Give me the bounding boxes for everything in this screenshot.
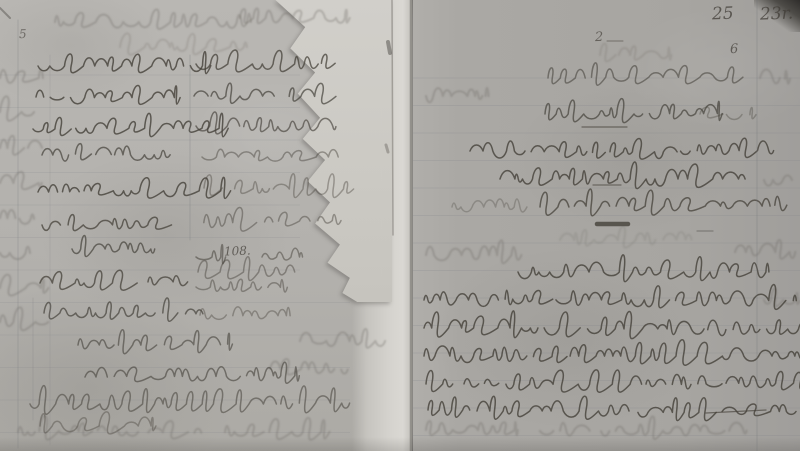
ghost-stroke bbox=[0, 172, 42, 189]
ghost-stroke bbox=[0, 275, 48, 296]
ink-mark bbox=[392, 0, 393, 235]
page-number-right: 2 bbox=[595, 31, 604, 44]
ghost-stroke bbox=[426, 240, 521, 263]
handwriting-stroke bbox=[700, 107, 756, 119]
ghost-stroke bbox=[426, 88, 489, 102]
ghost-stroke bbox=[18, 416, 106, 440]
handwriting-stroke bbox=[452, 199, 527, 212]
handwriting-stroke bbox=[42, 215, 177, 231]
handwriting-stroke bbox=[40, 270, 193, 290]
ghost-stroke bbox=[0, 69, 43, 83]
ink-mark bbox=[388, 42, 390, 53]
ruled-lines bbox=[0, 75, 800, 436]
handwriting-stroke bbox=[204, 208, 341, 232]
ghost-stroke bbox=[426, 421, 518, 435]
handwriting-stroke bbox=[44, 298, 203, 321]
ghost-stroke bbox=[112, 421, 201, 438]
handwriting-stroke bbox=[540, 189, 787, 216]
handwriting-stroke bbox=[194, 83, 342, 104]
ghost-stroke bbox=[120, 33, 247, 54]
ghost-stroke bbox=[760, 70, 790, 84]
folio-number-25: 25 bbox=[712, 6, 734, 24]
handwriting-stroke bbox=[196, 279, 287, 292]
handwriting-stroke bbox=[85, 362, 299, 383]
handwriting-stroke bbox=[424, 285, 796, 310]
handwriting-stroke bbox=[38, 177, 231, 198]
ghost-stroke bbox=[0, 96, 41, 120]
handwriting-stroke bbox=[470, 138, 774, 159]
ghost-stroke bbox=[55, 10, 251, 29]
ink-mark bbox=[0, 8, 10, 18]
handwriting-stroke bbox=[202, 149, 338, 161]
number-108: 108. bbox=[224, 245, 251, 258]
handwriting-stroke bbox=[196, 112, 336, 134]
handwriting-stroke bbox=[548, 63, 743, 85]
folio-number-left: 5 bbox=[19, 28, 27, 40]
ghost-stroke bbox=[0, 210, 34, 224]
handwriting-stroke bbox=[196, 50, 335, 72]
page-number-6: 6 bbox=[730, 43, 739, 56]
handwriting-stroke bbox=[198, 257, 295, 281]
handwriting-stroke bbox=[262, 248, 303, 260]
folio-number-23r: 23r. bbox=[760, 5, 794, 23]
handwriting-stroke bbox=[200, 307, 290, 319]
handwriting-stroke bbox=[518, 255, 769, 282]
handwriting-stroke bbox=[204, 174, 354, 198]
ghost-stroke bbox=[560, 227, 692, 248]
ink-mark bbox=[386, 145, 388, 152]
handwriting-stroke bbox=[500, 162, 745, 189]
ghost-stroke bbox=[0, 247, 30, 259]
handwriting-stroke bbox=[545, 99, 722, 123]
handwriting-stroke bbox=[42, 144, 170, 161]
handwriting-stroke bbox=[33, 113, 228, 136]
handwriting-stroke bbox=[196, 245, 226, 264]
handwriting-stroke bbox=[72, 236, 155, 257]
manuscript-scan: 522523r.6108. bbox=[0, 0, 800, 451]
ghost-stroke bbox=[764, 175, 792, 185]
handwriting-stroke bbox=[424, 340, 800, 366]
ghost-stroke bbox=[600, 44, 671, 62]
handwriting-stroke bbox=[424, 311, 800, 339]
ghost-stroke bbox=[240, 9, 350, 24]
ghost-stroke bbox=[0, 307, 48, 330]
handwriting-stroke bbox=[38, 52, 211, 74]
handwriting-layer bbox=[0, 0, 800, 451]
handwriting-stroke bbox=[36, 86, 180, 105]
ghost-stroke bbox=[225, 418, 330, 440]
handwriting-stroke bbox=[78, 330, 232, 354]
ghost-stroke bbox=[300, 329, 385, 348]
underline-and-rule-marks bbox=[0, 0, 766, 451]
ghost-stroke bbox=[0, 136, 49, 155]
